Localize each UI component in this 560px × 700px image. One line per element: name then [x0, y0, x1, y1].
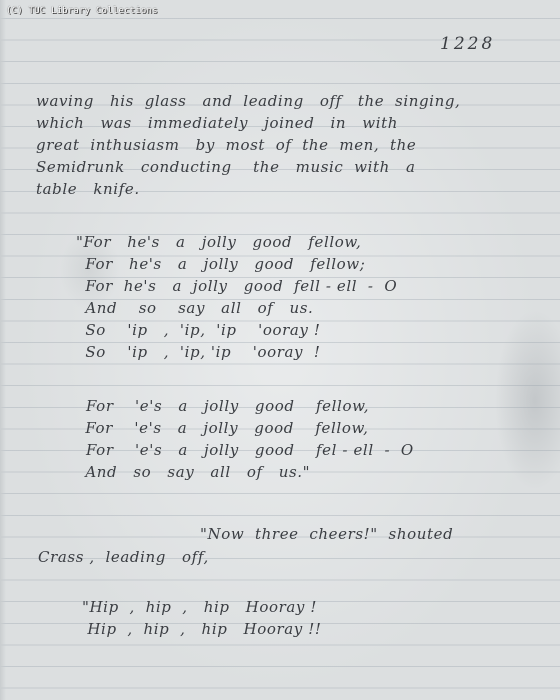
verse-line: For 'e's a jolly good fel - ell - O	[86, 441, 414, 459]
page-edge-shadow	[0, 0, 6, 700]
verse-line: For 'e's a jolly good fellow,	[80, 419, 368, 437]
verse-line: For 'e's a jolly good fellow,	[86, 397, 369, 415]
verse-line: For he's a jolly good fell - ell - O	[80, 277, 397, 295]
text-line: Semidrunk conducting the music with a	[36, 158, 416, 176]
verse-line: For he's a jolly good fellow;	[80, 255, 365, 273]
text-line: great inthusiasm by most of the men, the	[36, 136, 416, 154]
verse-line: So 'ip , 'ip, 'ip 'ooray !	[80, 321, 320, 339]
verse-line: And so say all of us."	[80, 463, 310, 481]
verse-line: And so say all of us.	[80, 299, 313, 317]
verse-line: So 'ip , 'ip, 'ip 'ooray !	[80, 343, 320, 361]
text-line: Crass , leading off,	[38, 548, 209, 566]
copyright-watermark: (C) TUC Library Collections	[6, 6, 158, 16]
cheer-line: Hip , hip , hip Hooray !!	[82, 620, 321, 638]
cheer-line: "Hip , hip , hip Hooray !	[82, 598, 317, 616]
text-line: "Now three cheers!" shouted	[200, 525, 453, 543]
page-number: 1228	[440, 34, 495, 54]
text-line: which was immediately joined in with	[36, 114, 398, 132]
text-line: table knife.	[36, 180, 140, 198]
verse-line: "For he's a jolly good fellow,	[76, 233, 361, 251]
manuscript-page: (C) TUC Library Collections 1228 waving …	[0, 0, 560, 700]
text-line: waving his glass and leading off the sin…	[36, 92, 460, 110]
